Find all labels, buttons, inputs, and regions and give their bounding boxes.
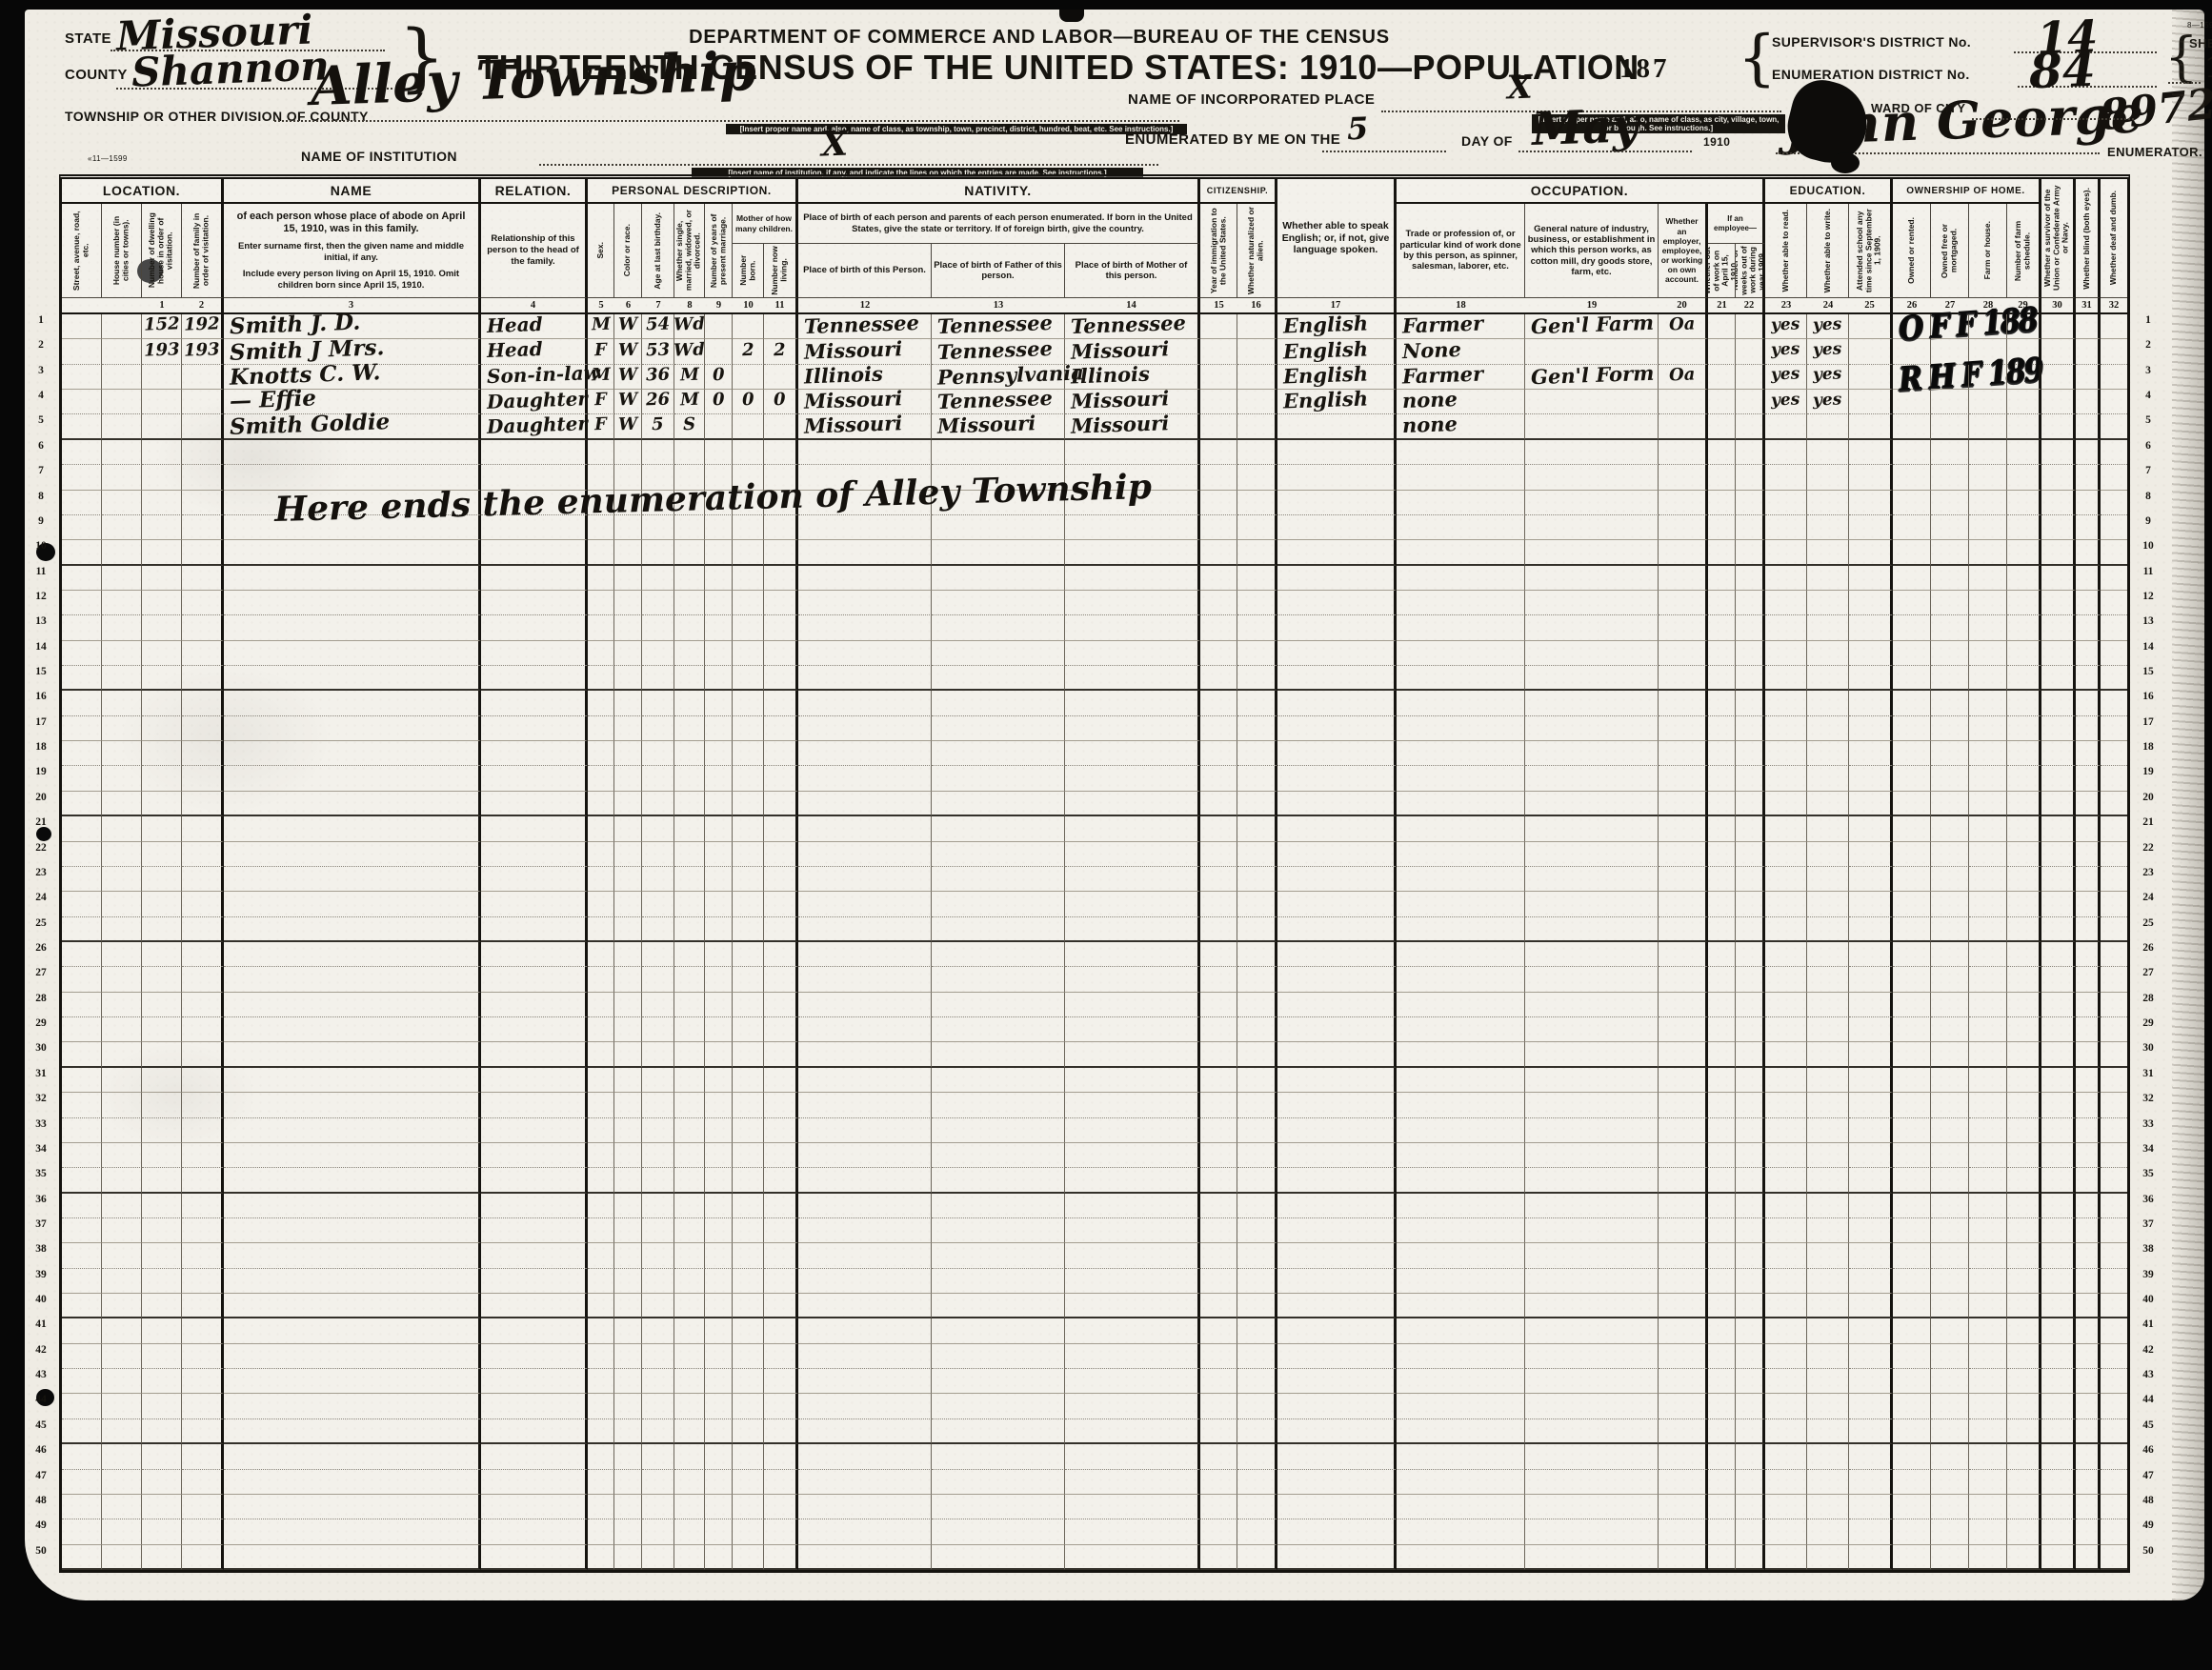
table-cell: W [614, 365, 642, 390]
table-cell [733, 1344, 764, 1369]
table-cell [1277, 867, 1397, 892]
table-cell [2101, 1118, 2127, 1143]
table-cell: 2 [733, 339, 764, 364]
table-cell [705, 766, 733, 791]
handwritten-entry: Wd [674, 339, 706, 360]
table-cell [182, 365, 224, 390]
table-cell [1849, 1294, 1893, 1318]
table-cell [1893, 1093, 1931, 1117]
table-cell [2041, 515, 2076, 540]
table-cell [1736, 1318, 1765, 1343]
table-cell [224, 892, 481, 916]
table-cell [1931, 566, 1969, 591]
col-veteran-header: Whether a survivor of the Union or Confe… [2041, 179, 2076, 297]
table-cell [142, 1243, 182, 1268]
table-cell [2007, 993, 2041, 1017]
table-cell [1237, 1444, 1277, 1469]
table-cell [481, 691, 588, 715]
row-number: 46 [30, 1444, 51, 1456]
table-cell [1969, 1143, 2007, 1168]
table-cell [1397, 842, 1525, 867]
table-cell [1065, 591, 1200, 615]
table-cell [1969, 1068, 2007, 1093]
table-cell [62, 766, 102, 791]
table-cell [1849, 1444, 1893, 1469]
table-cell: English [1277, 314, 1397, 339]
table-cell [1200, 967, 1237, 992]
table-cell [705, 1143, 733, 1168]
table-cell [2007, 766, 2041, 791]
table-cell [142, 1419, 182, 1444]
table-cell [1969, 766, 2007, 791]
table-cell [798, 666, 932, 691]
table-cell [142, 491, 182, 515]
table-cell [1969, 1444, 2007, 1469]
table-cell: 26 [642, 390, 674, 414]
table-cell [2007, 641, 2041, 666]
table-cell [1736, 1042, 1765, 1067]
table-cell [733, 967, 764, 992]
table-cell: 193 [182, 339, 224, 364]
table-cell [481, 1194, 588, 1218]
table-cell [182, 1419, 224, 1444]
table-cell [614, 1118, 642, 1143]
table-cell [1659, 892, 1708, 916]
table-cell [614, 993, 642, 1017]
table-cell [481, 1243, 588, 1268]
table-cell [1237, 1042, 1277, 1067]
table-cell [2041, 1042, 2076, 1067]
table-cell [642, 1168, 674, 1193]
table-cell [1893, 1318, 1931, 1343]
table-cell [2041, 666, 2076, 691]
col-street-header: Street, avenue, road, etc. [62, 204, 102, 297]
table-cell [1237, 1519, 1277, 1544]
table-cell [642, 1068, 674, 1093]
table-cell [705, 339, 733, 364]
table-cell [674, 1143, 705, 1168]
table-cell [62, 1218, 102, 1243]
table-cell [1765, 1168, 1807, 1193]
table-cell [1765, 993, 1807, 1017]
table-cell [1065, 691, 1200, 715]
table-cell: Gen'l Farm [1525, 314, 1659, 339]
table-cell [224, 1419, 481, 1444]
table-cell [1765, 942, 1807, 967]
table-cell [614, 1042, 642, 1067]
table-cell [1893, 716, 1931, 741]
table-cell [764, 641, 798, 666]
table-cell [1200, 1143, 1237, 1168]
table-cell [1849, 1470, 1893, 1495]
row-number: 43 [30, 1369, 51, 1380]
table-cell [798, 842, 932, 867]
table-cell [182, 440, 224, 465]
table-cell [1277, 942, 1397, 967]
handwritten-entry: 152 [143, 314, 179, 335]
table-cell [764, 792, 798, 816]
row-number: 11 [2138, 566, 2159, 577]
table-cell [614, 1093, 642, 1117]
table-cell [182, 615, 224, 640]
table-cell [1765, 1294, 1807, 1318]
table-cell [588, 1168, 614, 1193]
table-cell [2101, 1369, 2127, 1394]
handwritten-entry: Oa [1668, 314, 1695, 335]
table-cell [642, 1444, 674, 1469]
table-cell [1525, 491, 1659, 515]
table-cell [142, 766, 182, 791]
row-number: 6 [30, 440, 51, 452]
col-sex-header: Sex. [588, 204, 614, 297]
table-cell [614, 1470, 642, 1495]
table-cell [2076, 515, 2101, 540]
table-cell [614, 792, 642, 816]
table-cell [1736, 1194, 1765, 1218]
table-cell [2101, 1545, 2127, 1570]
table-cell [2076, 1318, 2101, 1343]
table-cell [764, 1243, 798, 1268]
table-cell [1277, 816, 1397, 841]
table-cell [1807, 1017, 1849, 1042]
table-cell [733, 1068, 764, 1093]
table-cell [2076, 615, 2101, 640]
table-cell [224, 1394, 481, 1418]
table-cell [142, 641, 182, 666]
table-cell [1893, 942, 1931, 967]
table-cell [1807, 1218, 1849, 1243]
table-cell [102, 766, 142, 791]
table-cell [1893, 491, 1931, 515]
table-cell: W [614, 414, 642, 439]
table-cell [1659, 741, 1708, 766]
table-cell [481, 1318, 588, 1343]
table-cell [705, 1369, 733, 1394]
table-cell [1659, 816, 1708, 841]
table-cell [1931, 842, 1969, 867]
table-cell [1807, 1093, 1849, 1117]
table-cell [1969, 566, 2007, 591]
table-cell [102, 1294, 142, 1318]
table-cell [1277, 967, 1397, 992]
table-cell [62, 1495, 102, 1519]
table-cell [1969, 942, 2007, 967]
table-cell [1807, 942, 1849, 967]
table-cell [588, 892, 614, 916]
table-cell [1659, 465, 1708, 490]
table-cell [1807, 641, 1849, 666]
column-number: 5 [588, 297, 614, 314]
table-cell [62, 465, 102, 490]
table-cell [1736, 1495, 1765, 1519]
table-cell [2007, 540, 2041, 565]
table-cell [2076, 666, 2101, 691]
ink-mark [1059, 10, 1084, 22]
table-cell [1807, 917, 1849, 942]
table-cell [2101, 414, 2127, 439]
table-cell [2041, 1419, 2076, 1444]
table-cell [1237, 1369, 1277, 1394]
column-number: 2 [182, 297, 224, 314]
row-number: 13 [30, 615, 51, 627]
table-cell [2101, 792, 2127, 816]
table-cell [1969, 314, 2007, 339]
row-number: 19 [2138, 766, 2159, 777]
handwritten-entry: 53 [646, 339, 671, 360]
table-cell [1893, 1042, 1931, 1067]
table-cell: Tennessee [1065, 314, 1200, 339]
table-cell [142, 1042, 182, 1067]
table-cell [1736, 365, 1765, 390]
handwritten-entry: 193 [183, 339, 219, 360]
table-cell [481, 1068, 588, 1093]
table-cell [588, 993, 614, 1017]
handwritten-entry: Missouri [937, 411, 1036, 438]
table-cell [1969, 615, 2007, 640]
table-cell [2007, 716, 2041, 741]
table-cell [2041, 440, 2076, 465]
row-number: 7 [30, 465, 51, 476]
day-field-line [1322, 151, 1446, 152]
table-cell [102, 716, 142, 741]
table-cell [2041, 365, 2076, 390]
table-cell [642, 566, 674, 591]
table-cell [798, 892, 932, 916]
name-desc-line3: Include every person living on April 15,… [229, 269, 473, 292]
table-cell [2007, 842, 2041, 867]
table-cell [1807, 1143, 1849, 1168]
table-cell [1525, 1545, 1659, 1570]
table-cell [1807, 414, 1849, 439]
table-cell [2076, 917, 2101, 942]
table-cell [224, 1168, 481, 1193]
table-cell [1659, 691, 1708, 715]
table-cell [2007, 615, 2041, 640]
table-cell [1708, 867, 1736, 892]
table-cell [2007, 691, 2041, 715]
table-cell [1893, 741, 1931, 766]
table-cell [733, 1470, 764, 1495]
table-cell [2007, 491, 2041, 515]
table-cell [1893, 641, 1931, 666]
table-cell [1659, 1519, 1708, 1544]
table-cell [2101, 691, 2127, 715]
table-cell [2007, 1344, 2041, 1369]
table-cell [481, 867, 588, 892]
handwritten-entry: Missouri [1071, 411, 1170, 438]
table-cell [1525, 1419, 1659, 1444]
table-cell [1237, 1545, 1277, 1570]
table-cell [932, 515, 1065, 540]
col-years-married-header: Number of years of present marriage. [705, 204, 733, 297]
table-cell [1525, 842, 1659, 867]
row-number: 20 [30, 792, 51, 803]
table-cell [1200, 741, 1237, 766]
table-cell [733, 1394, 764, 1418]
row-number: 18 [2138, 741, 2159, 753]
table-cell [1237, 414, 1277, 439]
table-cell [1200, 591, 1237, 615]
table-cell [1969, 1495, 2007, 1519]
table-cell [102, 691, 142, 715]
table-cell [733, 1143, 764, 1168]
table-cell [674, 792, 705, 816]
table-cell [1397, 1419, 1525, 1444]
row-number: 5 [2138, 414, 2159, 426]
table-cell: 54 [642, 314, 674, 339]
table-cell [1708, 1042, 1736, 1067]
table-cell [142, 842, 182, 867]
table-cell [62, 615, 102, 640]
table-cell [798, 716, 932, 741]
table-cell [1525, 566, 1659, 591]
table-cell [224, 842, 481, 867]
table-cell [733, 1369, 764, 1394]
handwritten-entry: None [1402, 336, 1462, 362]
table-cell [182, 917, 224, 942]
table-cell [1849, 792, 1893, 816]
table-cell [1708, 1444, 1736, 1469]
table-cell [1065, 1042, 1200, 1067]
table-cell [764, 766, 798, 791]
table-cell [674, 540, 705, 565]
table-cell: Oa [1659, 365, 1708, 390]
table-cell [1849, 1068, 1893, 1093]
table-cell [1893, 1068, 1931, 1093]
table-cell [1200, 1470, 1237, 1495]
col-industry-header: General nature of industry, business, or… [1525, 204, 1659, 297]
table-cell [2041, 892, 2076, 916]
table-cell [182, 591, 224, 615]
table-cell [932, 1394, 1065, 1418]
table-cell [224, 440, 481, 465]
table-cell [1736, 314, 1765, 339]
table-cell [764, 1318, 798, 1343]
table-cell [1237, 967, 1277, 992]
table-cell [1065, 1545, 1200, 1570]
table-cell [1277, 1369, 1397, 1394]
table-cell [1969, 892, 2007, 916]
table-cell [2076, 1093, 2101, 1117]
table-cell [1397, 1318, 1525, 1343]
table-cell [1065, 1017, 1200, 1042]
table-cell [2041, 1118, 2076, 1143]
table-cell [674, 1243, 705, 1268]
table-cell: Smith Goldie [224, 414, 481, 439]
col-free-mortgaged-header: Owned free or mortgaged. [1931, 204, 1969, 297]
table-cell [1237, 666, 1277, 691]
table-cell [932, 867, 1065, 892]
table-cell [62, 1068, 102, 1093]
table-cell [2007, 390, 2041, 414]
table-cell [2076, 1042, 2101, 1067]
table-cell [1849, 314, 1893, 339]
table-cell [1736, 615, 1765, 640]
table-cell [2076, 390, 2101, 414]
table-cell [102, 867, 142, 892]
table-cell [932, 892, 1065, 916]
table-cell [1397, 816, 1525, 841]
table-cell [1736, 1243, 1765, 1268]
handwritten-entry: 0 [712, 365, 724, 385]
table-cell [1525, 1470, 1659, 1495]
table-cell [62, 1294, 102, 1318]
table-cell [733, 1318, 764, 1343]
row-number: 42 [30, 1344, 51, 1356]
table-cell [1708, 1344, 1736, 1369]
table-cell [1237, 716, 1277, 741]
table-cell [1659, 641, 1708, 666]
table-cell [1765, 1017, 1807, 1042]
table-cell [1397, 716, 1525, 741]
table-cell [764, 1194, 798, 1218]
table-cell [1893, 1394, 1931, 1418]
table-cell [1807, 1294, 1849, 1318]
row-number: 46 [2138, 1444, 2159, 1456]
table-cell: Wd [674, 339, 705, 364]
table-cell [798, 1344, 932, 1369]
table-cell [674, 1294, 705, 1318]
table-cell [1807, 540, 1849, 565]
table-cell [764, 892, 798, 916]
table-cell [1659, 1444, 1708, 1469]
table-cell [764, 615, 798, 640]
table-cell [182, 465, 224, 490]
table-cell [1931, 892, 1969, 916]
table-cell [182, 892, 224, 916]
table-cell [1765, 1143, 1807, 1168]
table-cell [1277, 842, 1397, 867]
table-cell [1065, 566, 1200, 591]
table-cell [481, 716, 588, 741]
col-naturalized-header: Whether naturalized or alien. [1237, 204, 1277, 297]
ownership-group-header: OWNERSHIP OF HOME. [1893, 179, 2041, 204]
row-number: 7 [2138, 465, 2159, 476]
table-cell [1849, 1369, 1893, 1394]
table-cell [705, 1470, 733, 1495]
table-cell [642, 666, 674, 691]
table-cell [1931, 1243, 1969, 1268]
table-cell [1765, 1394, 1807, 1418]
table-cell [1969, 1194, 2007, 1218]
table-cell [2076, 691, 2101, 715]
table-cell [1065, 1243, 1200, 1268]
table-cell [1237, 691, 1277, 715]
table-cell [1708, 716, 1736, 741]
table-cell [1277, 1470, 1397, 1495]
table-cell [1893, 1470, 1931, 1495]
table-cell [224, 1243, 481, 1268]
table-cell [1200, 1042, 1237, 1067]
table-cell [1065, 942, 1200, 967]
table-cell [932, 641, 1065, 666]
table-cell [1969, 1168, 2007, 1193]
col-family-number-header: Number of family in order of visitation. [182, 204, 224, 297]
table-cell [1659, 942, 1708, 967]
table-cell [1397, 741, 1525, 766]
table-cell [224, 666, 481, 691]
row-number: 31 [2138, 1068, 2159, 1079]
table-cell [674, 716, 705, 741]
table-cell [1849, 716, 1893, 741]
row-number: 37 [30, 1218, 51, 1230]
table-cell [142, 1218, 182, 1243]
table-cell [614, 1419, 642, 1444]
table-cell [1893, 1294, 1931, 1318]
table-cell: 2 [764, 339, 798, 364]
table-cell [932, 691, 1065, 715]
row-number: 29 [2138, 1017, 2159, 1029]
